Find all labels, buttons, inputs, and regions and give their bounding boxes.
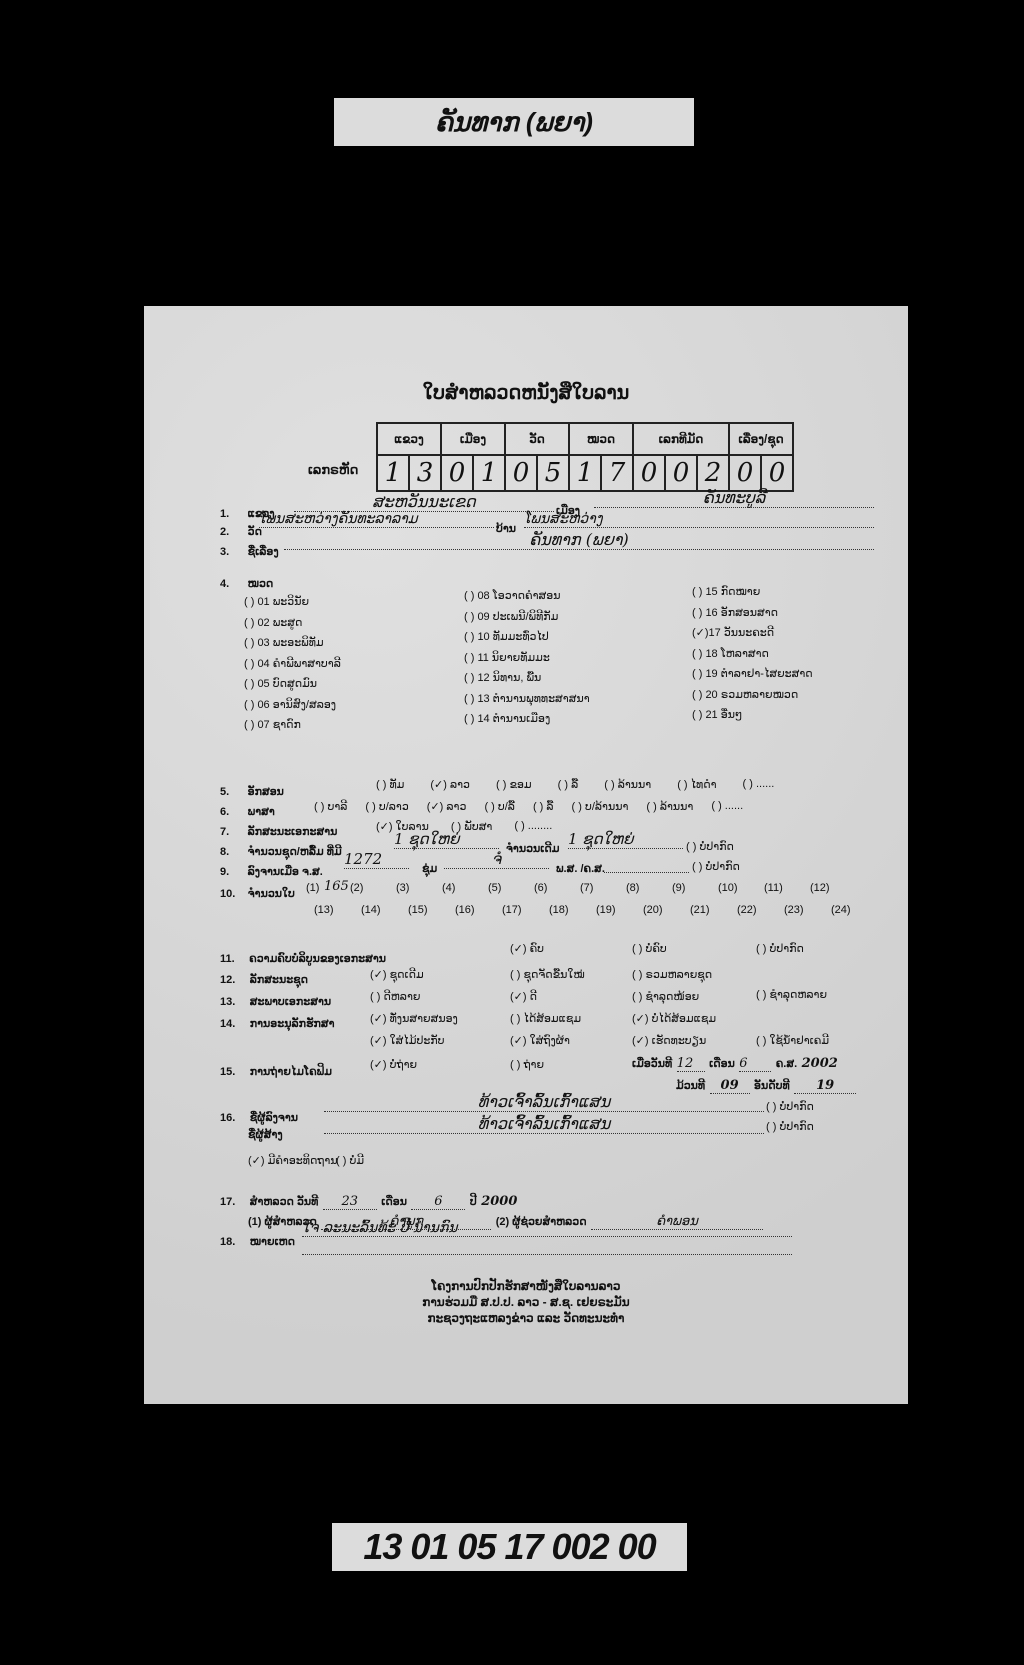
sponsor-label: ຊື່ຜູ້ສ້າງ	[248, 1128, 283, 1141]
section-17: 17. ສຳຫລວດ ວັນທີ 23 ເດືອນ 6 ປີ 2000	[220, 1192, 517, 1210]
language-option[interactable]: ( ) ບາລີ	[314, 800, 347, 813]
bundle-count-label: ຈຳນວນຊຸດ/ຫລື້ມ ທີ່ມີ	[248, 846, 342, 858]
code-header-story: ເລື່ອງ/ຊຸດ	[729, 423, 793, 455]
survey-form-page: ໃບສຳຫລວດຫນັງສືໃບລານ ເລກຣຫັດ ແຂວງ ເມືອງ ວ…	[144, 306, 908, 1404]
roll-label: ມ້ວນທີ	[676, 1080, 705, 1092]
chula-era-year-value: 1272	[344, 850, 409, 869]
footer-line: ໂຄງການປົກປັກຮັກສາໜັງສືໃບລານລາວ	[144, 1278, 908, 1294]
section-number: 3.	[220, 546, 229, 558]
footer-line: ການຮ່ວມມື ສ.ປ.ປ. ລາວ - ສ.ຊ. ເຢຍຣະມັນ	[144, 1294, 908, 1310]
section-14: 14. ການອະນຸລັກຮັກສາ	[220, 1014, 335, 1032]
zodiac-year-value: ຈໍ	[444, 850, 549, 869]
section-number: 5.	[220, 786, 229, 798]
survey-year-value: 2000	[481, 1194, 517, 1209]
district-value: ຄັນທະບູລີ	[594, 488, 874, 508]
leaf-count-slot: (20)	[643, 904, 690, 916]
language-label: ພາສາ	[248, 806, 275, 818]
leaf-count-slot: (7)	[580, 882, 626, 894]
leaf-count-row-1: (1) 165 (2) (3) (4) (5) (6) (7) (8) (9) …	[306, 882, 856, 894]
code-digit: 2	[697, 455, 729, 491]
completeness-label: ຄວາມຄົບບໍລິບູນຂອງເອກະສານ	[249, 953, 386, 965]
microfilm-date: ເມື່ອວັນທີ 12 ເດືອນ 6 ຄ.ສ. 2002	[632, 1054, 838, 1072]
section-16: 16. ຊື່ຜູ້ລົງຈານ	[220, 1108, 298, 1126]
document-type-label: ລັກສະນະເອກະສານ	[248, 826, 338, 838]
section-6: 6. ພາສາ	[220, 802, 275, 820]
section-number: 7.	[220, 826, 229, 838]
code-digit: 0	[505, 455, 537, 491]
category-column-2: ( ) 08 ໂອວາດຄຳສອນ ( ) 09 ປະເພນີ/ພິທີກັມ …	[464, 586, 590, 730]
code-digit: 0	[665, 455, 697, 491]
frame-label: ອັນດັບທີ	[754, 1080, 790, 1092]
microfilm-option[interactable]: ( ) ຖ່າຍ	[510, 1058, 544, 1071]
preservation-option[interactable]: ( ) ໃຊ້ນ້ຳຢາເຄມີ	[756, 1034, 829, 1047]
leaf-count-slot: (17)	[502, 904, 549, 916]
completeness-option[interactable]: ( ) ບໍ່ຄົບ	[632, 942, 667, 955]
script-option[interactable]: ( ) ລ້ານນາ	[604, 778, 651, 791]
leaf-count-slot: (2)	[350, 882, 396, 894]
language-options: ( ) ບາລີ ( ) ບ/ລາວ (✓) ລາວ ( ) ບ/ລື້ ( )…	[314, 800, 743, 813]
code-digit: 0	[633, 455, 665, 491]
category-option[interactable]: ( ) 07 ຊາດົກ	[244, 715, 341, 736]
top-title-text: ຄັນທາກ (ພຍາ)	[435, 107, 593, 138]
section-13: 13. ສະພາບເອກະສານ	[220, 992, 331, 1010]
title-value: ຄັນທາກ (ພຍາ)	[284, 530, 874, 550]
temple-value: ໂພນສະຫວ່າງຄັນທະລາລາມ	[259, 511, 494, 528]
script-options: ( ) ທັມ (✓) ລາວ ( ) ຂອມ ( ) ລື້ ( ) ລ້ານ…	[376, 778, 774, 791]
form-title: ໃບສຳຫລວດຫນັງສືໃບລານ	[144, 382, 908, 405]
title-label: ຊື່ເລື່ອງ	[248, 546, 279, 558]
leaf-count-slot: (24)	[831, 904, 878, 916]
survey-month-value: 6	[411, 1194, 465, 1210]
leaf-count-slot: (15)	[408, 904, 455, 916]
set-type-option[interactable]: ( ) ຣວມຫລາຍຊຸດ	[632, 968, 712, 981]
category-column-3: ( ) 15 ກົດໝາຍ ( ) 16 ອັກສອນສາດ (✓)17 ວັນ…	[692, 582, 813, 726]
leaf-count-slot: (4)	[442, 882, 488, 894]
form-footer: ໂຄງການປົກປັກຮັກສາໜັງສືໃບລານລາວ ການຮ່ວມມື…	[144, 1278, 908, 1326]
section-10: 10. ຈຳນວນໃບ	[220, 884, 295, 902]
original-count-value: 1 ຊຸດໃຫຍ່	[568, 830, 683, 849]
frame-value: 19	[794, 1078, 856, 1094]
section-number: 12.	[220, 974, 235, 986]
leaf-count-row-2: (13) (14) (15) (16) (17) (18) (19) (20) …	[314, 904, 878, 916]
section-11: 11. ຄວາມຄົບບໍລິບູນຂອງເອກະສານ	[220, 949, 386, 967]
category-option[interactable]: ( ) 20 ຣວມຫລາຍໝວດ	[692, 685, 813, 706]
microfilm-day-value: 12	[677, 1056, 705, 1072]
section-5: 5. ອັກສອນ	[220, 782, 284, 800]
category-option[interactable]: ( ) 05 ບົດສູດມົນ	[244, 674, 341, 695]
category-option[interactable]: ( ) 19 ຕຳລາຢາ-ໄສຍະສາດ	[692, 664, 813, 685]
leaf-count-slot: (12)	[810, 882, 856, 894]
microfilm-date-label: ເມື່ອວັນທີ	[632, 1058, 672, 1070]
scribe-label: ຊື່ຜູ້ລົງຈານ	[250, 1112, 298, 1124]
zodiac-year-label: ຊຸ່ມ	[422, 862, 437, 875]
remarks-label: ໝາຍເຫດ	[250, 1236, 295, 1248]
microfilm-year-label: ຄ.ສ.	[776, 1058, 797, 1070]
completeness-option[interactable]: ( ) ບໍ່ປາກົດ	[756, 942, 804, 955]
leaf-count-slot: (9)	[672, 882, 718, 894]
category-option[interactable]: ( ) 15 ກົດໝາຍ	[692, 582, 813, 603]
section-2: 2. ວັດ	[220, 522, 262, 540]
category-option[interactable]: ( ) 08 ໂອວາດຄຳສອນ	[464, 586, 590, 607]
script-label: ອັກສອນ	[248, 786, 284, 798]
language-option[interactable]: ( ) ລື້	[533, 800, 554, 813]
category-column-1: ( ) 01 ພະວິນັຍ ( ) 02 ພະສູດ ( ) 03 ພະອະພ…	[244, 592, 341, 736]
section-12: 12. ລັກສະນະຊຸດ	[220, 970, 308, 988]
province-value: ສະຫວັນນະເຂດ	[294, 492, 554, 512]
category-option[interactable]: ( ) 12 ນິທານ, ພື້ນ	[464, 668, 590, 689]
category-option[interactable]: ( ) 09 ປະເພນີ/ພິທີກັມ	[464, 607, 590, 628]
leaf-count-slot: (13)	[314, 904, 361, 916]
condition-option[interactable]: ( ) ຊຳລຸດໜ້ອຍ	[632, 990, 699, 1003]
condition-label: ສະພາບເອກະສານ	[250, 996, 331, 1008]
microfilm-month-label: ເດືອນ	[709, 1058, 735, 1070]
survey-date-label: ສຳຫລວດ ວັນທີ	[250, 1196, 319, 1208]
leaf-count-slot: (19)	[596, 904, 643, 916]
set-type-label: ລັກສະນະຊຸດ	[250, 974, 308, 986]
section-number: 16.	[220, 1112, 235, 1124]
leaf-count-slot: (10)	[718, 882, 764, 894]
remarks-line-2	[302, 1244, 792, 1255]
code-digit: 0	[761, 455, 793, 491]
section-7: 7. ລັກສະນະເອກະສານ	[220, 822, 337, 840]
condition-option[interactable]: ( ) ດີຫລາຍ	[370, 990, 420, 1003]
script-option[interactable]: ( ) ທັມ	[376, 778, 404, 791]
code-header-district: ເມືອງ	[441, 423, 505, 455]
scribe-unknown-option[interactable]: ( ) ບໍ່ປາກົດ	[766, 1100, 814, 1113]
bottom-code-label: 13 01 05 17 002 00	[332, 1523, 687, 1571]
leaf-count-slot: (22)	[737, 904, 784, 916]
code-digit: 0	[441, 455, 473, 491]
condition-option-checked[interactable]: (✓) ດີ	[510, 990, 537, 1003]
language-option[interactable]: ( ) ......	[711, 800, 743, 813]
language-option[interactable]: ( ) ລ້ານນາ	[646, 800, 693, 813]
bottom-code-text: 13 01 05 17 002 00	[363, 1526, 655, 1568]
leaf-count-slot: (1)	[306, 882, 324, 894]
category-option[interactable]: ( ) 03 ພະອະພິທັມ	[244, 633, 341, 654]
leaf-count-slot: (8)	[626, 882, 672, 894]
microfilm-year-value: 2002	[802, 1056, 838, 1071]
category-option[interactable]: ( ) 10 ທັມມະທົ່ວໄປ	[464, 627, 590, 648]
section-9: 9. ລົງຈານເມື່ອ ຈ.ສ.	[220, 862, 323, 880]
category-option[interactable]: ( ) 06 ອານິສົງ/ສລອງ	[244, 695, 341, 716]
preservation-option-checked[interactable]: (✓) ເຮັດທະບຽນ	[632, 1034, 706, 1047]
leaf-count-slot: (23)	[784, 904, 831, 916]
set-type-option[interactable]: ( ) ຊຸດຈັດຂື້ນໃໝ່	[510, 968, 585, 981]
language-option-checked[interactable]: (✓) ລາວ	[427, 800, 467, 813]
category-option[interactable]: ( ) 11 ນິຍາຍທັມມະ	[464, 648, 590, 669]
section-8: 8. ຈຳນວນຊຸດ/ຫລື້ມ ທີ່ມີ	[220, 842, 342, 860]
inscribed-date-label: ລົງຈານເມື່ອ ຈ.ສ.	[248, 866, 323, 878]
code-header-temple: ວັດ	[505, 423, 569, 455]
leaf-count-slot: (14)	[361, 904, 408, 916]
script-option-checked[interactable]: (✓) ລາວ	[430, 778, 470, 791]
preservation-option[interactable]: ( ) ໄດ້ສ້ອມແຊມ	[510, 1012, 581, 1025]
microfilm-month-value: 6	[739, 1056, 771, 1072]
section-4: 4. ໝວດ	[220, 574, 273, 592]
completeness-option-checked[interactable]: (✓) ຄົບ	[510, 942, 544, 955]
document-type-option[interactable]: ( ) ........	[514, 820, 552, 833]
category-option[interactable]: ( ) 14 ຕຳນານເມືອງ	[464, 709, 590, 730]
preservation-option-checked[interactable]: (✓) ບໍ່ໄດ້ສ້ອມແຊມ	[632, 1012, 716, 1025]
language-option[interactable]: ( ) ບ/ລື້	[484, 800, 515, 813]
remarks-value: ໃຈ ລະນະລົ້ນທ້ະ ປີ ນ່ານກົນ	[302, 1220, 792, 1237]
code-digit: 3	[409, 455, 441, 491]
code-header-province: ແຂວງ	[377, 423, 441, 455]
leaf-count-slot: (16)	[455, 904, 502, 916]
category-option[interactable]: ( ) 18 ໂຫລາສາດ	[692, 644, 813, 665]
code-digit: 7	[601, 455, 633, 491]
date-unknown-option[interactable]: ( ) ບໍ່ປາກົດ	[692, 860, 740, 873]
section-number: 13.	[220, 996, 235, 1008]
code-digit: 1	[377, 455, 409, 491]
section-number: 8.	[220, 846, 229, 858]
code-digit: 1	[473, 455, 505, 491]
bundle-unknown-option[interactable]: ( ) ບໍ່ປາກົດ	[686, 840, 734, 853]
survey-month-label: ເດືອນ	[381, 1196, 407, 1208]
sponsor-unknown-option[interactable]: ( ) ບໍ່ປາກົດ	[766, 1120, 814, 1133]
section-number: 9.	[220, 866, 229, 878]
village-value: ໂພນສະຫວ່າງ	[524, 511, 874, 528]
category-option[interactable]: ( ) 04 ຄຳພີພາສາບາລີ	[244, 654, 341, 675]
section-15: 15. ການຖ່າຍໄມໂຄຟິມ	[220, 1062, 332, 1080]
leaf-count-slot: (18)	[549, 904, 596, 916]
section-number: 11.	[220, 953, 235, 965]
code-digit: 5	[537, 455, 569, 491]
microfilm-label: ການຖ່າຍໄມໂຄຟິມ	[250, 1066, 332, 1078]
leaf-count-value: 165	[324, 879, 350, 894]
leaf-count-slot: (5)	[488, 882, 534, 894]
category-option[interactable]: ( ) 16 ອັກສອນສາດ	[692, 603, 813, 624]
category-option[interactable]: ( ) 21 ອື່ນໆ	[692, 705, 813, 726]
condition-option[interactable]: ( ) ຊຳລຸດຫລາຍ	[756, 988, 827, 1001]
code-header-bundle-no: ເລກທີມັດ	[633, 423, 729, 455]
section-number: 6.	[220, 806, 229, 818]
era-value	[604, 860, 689, 873]
category-option[interactable]: ( ) 02 ພະສູດ	[244, 613, 341, 634]
section-number: 17.	[220, 1196, 235, 1208]
era-label: ພ.ສ. /ຄ.ສ.	[556, 862, 605, 875]
set-type-option-checked[interactable]: (✓) ຊຸດເດີມ	[370, 968, 424, 981]
code-header-category: ໝວດ	[569, 423, 633, 455]
preservation-option-checked[interactable]: (✓) ໃສ່ຖົງຜ້າ	[510, 1034, 570, 1047]
category-option[interactable]: ( ) 01 ພະວິນັຍ	[244, 592, 341, 613]
section-3: 3. ຊື່ເລື່ອງ	[220, 542, 279, 560]
survey-year-label: ປີ	[470, 1196, 477, 1208]
scribe-value: ທ້າວເຈົ້າລົ້ນເກົ້າແສນ	[324, 1092, 764, 1112]
microfilm-option-checked[interactable]: (✓) ບໍ່ຖ່າຍ	[370, 1058, 417, 1071]
category-label: ໝວດ	[248, 578, 274, 590]
section-number: 14.	[220, 1018, 235, 1030]
leaf-count-slot: (21)	[690, 904, 737, 916]
section-number: 1.	[220, 508, 229, 520]
code-label: ເລກຣຫັດ	[308, 462, 358, 478]
preservation-label: ການອະນຸລັກຮັກສາ	[250, 1018, 335, 1030]
footer-line: ກະຊວງຖະແຫລງຂ່າວ ແລະ ວັດທະນະທຳ	[144, 1310, 908, 1326]
preservation-option-checked[interactable]: (✓) ໃສ່ໄມ້ປະກັບ	[370, 1034, 445, 1047]
category-option[interactable]: ( ) 13 ຕຳນານພຸທທະສາສນາ	[464, 689, 590, 710]
bundle-count-value: 1 ຊຸດໃຫຍ່	[394, 830, 499, 849]
section-number: 4.	[220, 578, 229, 590]
leaf-count-slot: (6)	[534, 882, 580, 894]
leaf-count-slot: (11)	[764, 882, 810, 894]
top-title-label: ຄັນທາກ (ພຍາ)	[334, 98, 694, 146]
language-option[interactable]: ( ) ບ/ລ້ານນາ	[572, 800, 629, 813]
language-option[interactable]: ( ) ບ/ລາວ	[365, 800, 408, 813]
section-number: 18.	[220, 1236, 235, 1248]
leaf-count-slot: (3)	[396, 882, 442, 894]
leaf-count-label: ຈຳນວນໃບ	[248, 888, 295, 900]
script-option[interactable]: ( ) ......	[743, 778, 775, 791]
script-option[interactable]: ( ) ລື້	[558, 778, 579, 791]
script-option[interactable]: ( ) ໄທດຳ	[677, 778, 716, 791]
dedication-option[interactable]: ( ) ບໍ່ມີ	[336, 1154, 364, 1167]
survey-day-value: 23	[323, 1194, 377, 1210]
code-digit: 0	[729, 455, 761, 491]
script-option[interactable]: ( ) ຂອມ	[496, 778, 532, 791]
dedication-option-checked[interactable]: (✓) ມີຄຳອະທິດຖານ	[248, 1154, 338, 1167]
section-number: 2.	[220, 526, 229, 538]
section-number: 15.	[220, 1066, 235, 1078]
preservation-option-checked[interactable]: (✓) ທັ່ງນສາຍສນອງ	[370, 1012, 458, 1025]
section-18: 18. ໝາຍເຫດ	[220, 1232, 295, 1250]
section-number: 10.	[220, 888, 235, 900]
category-option-checked[interactable]: (✓)17 ວັນນະຄະດີ	[692, 623, 813, 644]
sponsor-value: ທ້າວເຈົ້າລົ້ນເກົ້າແສນ	[324, 1114, 764, 1134]
code-table: ແຂວງ ເມືອງ ວັດ ໝວດ ເລກທີມັດ ເລື່ອງ/ຊຸດ 1…	[376, 422, 794, 492]
code-digit: 1	[569, 455, 601, 491]
